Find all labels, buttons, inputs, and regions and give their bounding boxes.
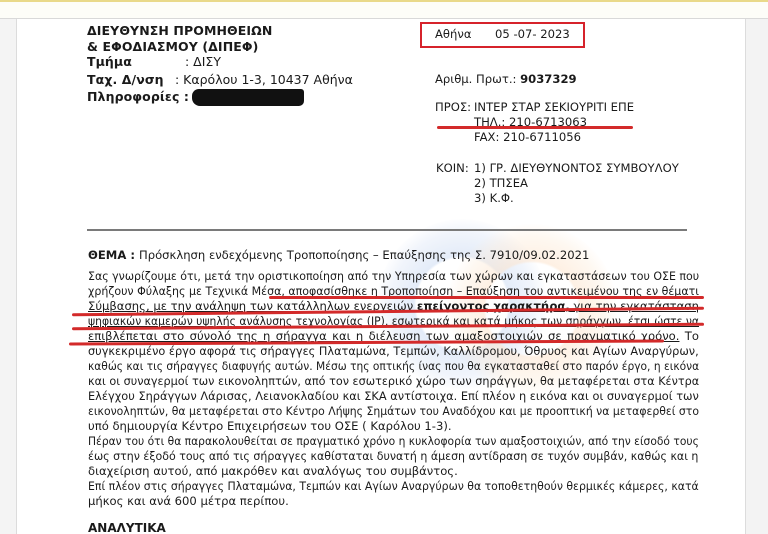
body-line-11: υπό δημιουργία Κέντρο Επιχειρήσεων του Ο… (88, 419, 452, 434)
subject-label: ΘΕΜΑ : (88, 248, 139, 262)
cc-item-3: 3) Κ.Φ. (474, 191, 514, 205)
cc-label: ΚΟΙΝ: (436, 161, 469, 175)
address-label: Ταχ. Δ/νση (87, 72, 164, 87)
protocol-number: 9037329 (520, 72, 576, 86)
redacted-info (192, 89, 304, 106)
body-line-15: Επί πλέον στις σήραγγες Πλαταμώνα, Τεμπώ… (88, 479, 699, 494)
cc-item-2: 2) ΤΠΣΕΑ (474, 176, 528, 190)
to-name: ΙΝΤΕΡ ΣΤΑΡ ΣΕΚΙΟΥΡΙΤΙ ΕΠΕ (474, 100, 634, 114)
body-line-14: διαχείριση αυτού, από μακρόθεν και αναλό… (88, 464, 458, 479)
section-label: Τμήμα (87, 54, 132, 69)
body-line-8: και οι συναγερμοί των εικονοληπτών, από … (88, 374, 699, 389)
body-line-1: Σας γνωρίζουμε ότι, μετά την οριστικοποί… (88, 269, 699, 284)
department-line2: & ΕΦΟΔΙΑΣΜΟΥ (ΔΙΠΕΦ) (87, 39, 258, 54)
protocol-label: Αριθμ. Πρωτ.: (435, 72, 520, 86)
phone-red-underline (437, 126, 633, 129)
viewer-top-bar (0, 0, 768, 19)
cc-item-1: 1) ΓΡ. ΔΙΕΥΘΥΝΟΝΤΟΣ ΣΥΜΒΟΥΛΟΥ (474, 161, 679, 175)
section-heading: ΑΝΑΛΥΤΙΚΑ (88, 521, 166, 534)
city: Αθήνα (435, 27, 472, 41)
body-line-7: καθώς και τις σήραγγες διαφυγής αυτών. Μ… (88, 359, 699, 374)
department-line1: ΔΙΕΥΘΥΝΣΗ ΠΡΟΜΗΘΕΙΩΝ (87, 23, 272, 38)
right-margin (745, 19, 768, 534)
left-margin (0, 19, 17, 534)
to-fax: FAX: 210-6711056 (474, 130, 581, 144)
body-line-12: Πέραν του ότι θα παρακολουθείται σε πραγ… (88, 434, 699, 449)
subject-text: Πρόσκληση ενδεχόμενης Τροποποίησης – Επα… (139, 248, 589, 262)
info-label: Πληροφορίες : (87, 89, 189, 104)
protocol: Αριθμ. Πρωτ.: 9037329 (435, 72, 577, 86)
body-line-9: Ελέγχου Σηράγγων Λάρισας, Λειανοκλαδίου … (88, 389, 699, 404)
body-line-10: εικονοληπτών, θα μεταφέρεται στο Κέντρο … (88, 404, 699, 419)
section-value: : ΔΙΣΥ (185, 54, 221, 69)
body-line-16: μήκος και ανά 600 μέτρα περίπου. (88, 494, 289, 509)
to-label: ΠΡΟΣ: (435, 100, 471, 114)
address-value: : Καρόλου 1-3, 10437 Αθήνα (175, 72, 353, 87)
date: 05 -07- 2023 (495, 27, 570, 41)
body-line-13: έως στην έξοδό τους από τις σήραγγες καθ… (88, 449, 699, 464)
document-page: ΔΙΕΥΘΥΝΣΗ ΠΡΟΜΗΘΕΙΩΝ & ΕΦΟΔΙΑΣΜΟΥ (ΔΙΠΕΦ… (17, 19, 745, 534)
header-divider (87, 229, 687, 231)
body-line-6: συγκεκριμένο έργο αφορά τις σήραγγες Πλα… (88, 344, 699, 359)
subject: ΘΕΜΑ : Πρόσκληση ενδεχόμενης Τροποποίηση… (88, 248, 589, 262)
red-annotation-line-1 (269, 296, 704, 299)
